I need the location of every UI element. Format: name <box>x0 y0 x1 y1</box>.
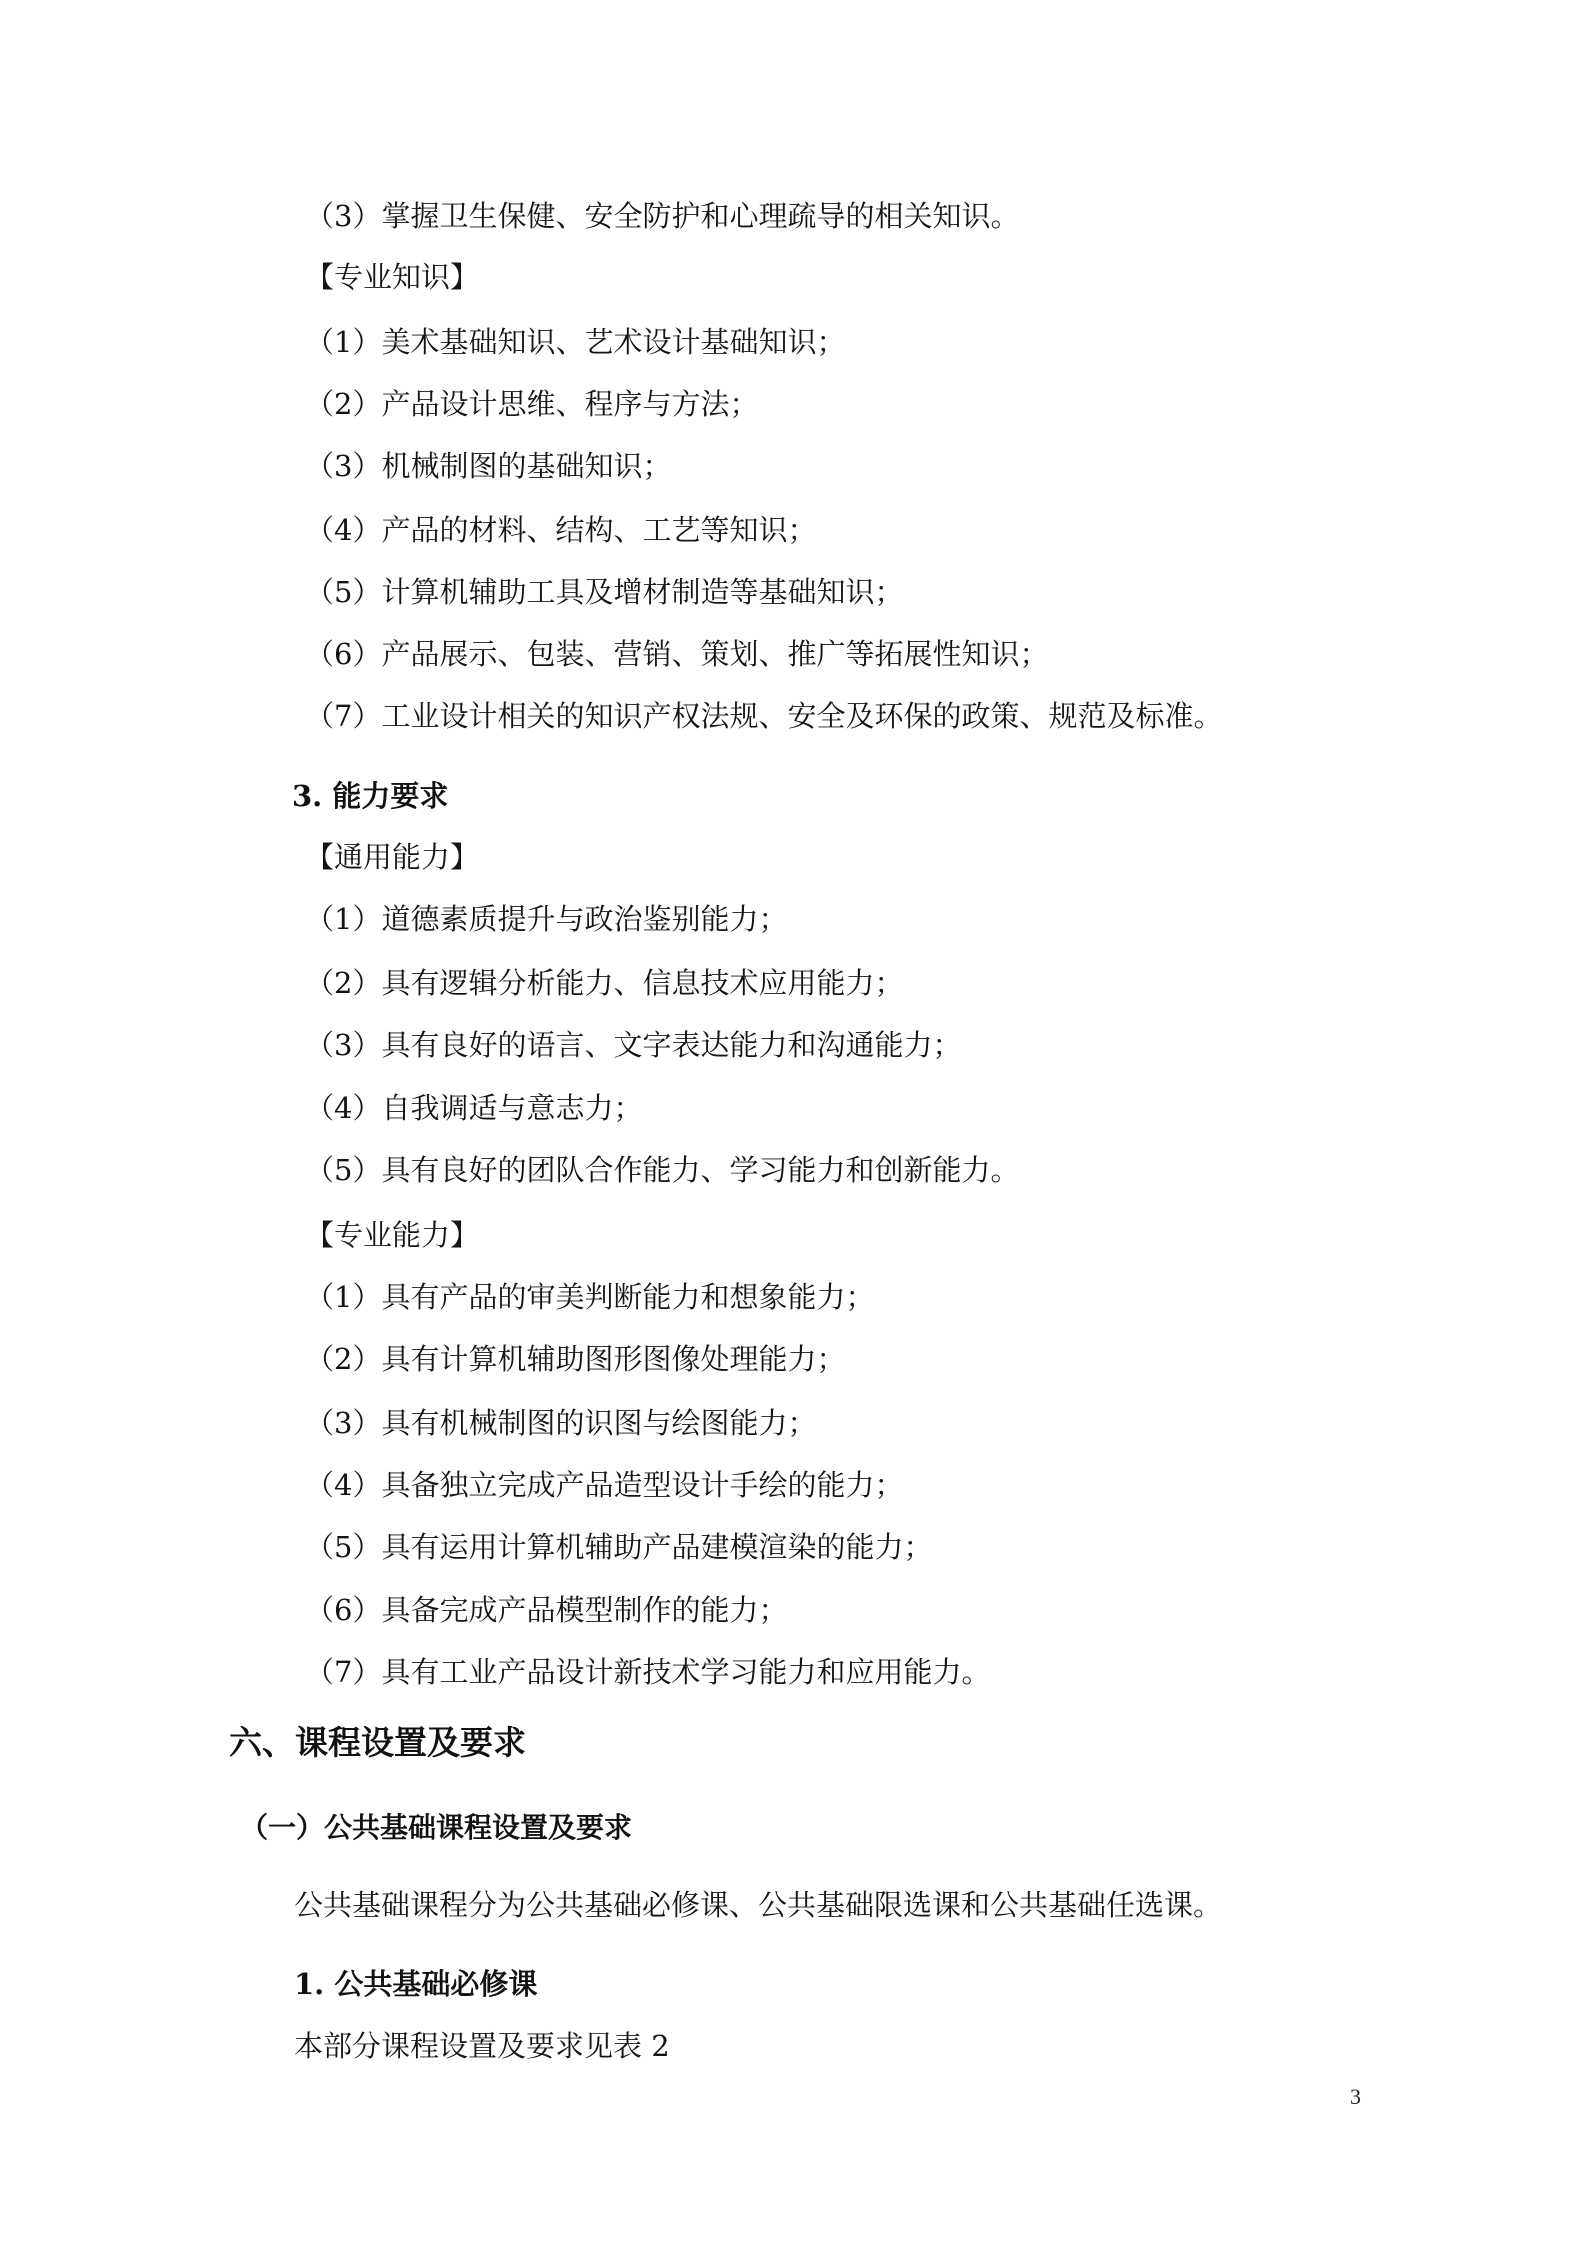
professional-ability-item: （2）具有计算机辅助图形图像处理能力； <box>305 1339 845 1379</box>
professional-ability-item: （1）具有产品的审美判断能力和想象能力； <box>305 1277 874 1317</box>
knowledge-item: （2）产品设计思维、程序与方法； <box>305 384 758 424</box>
item-heading: 1. 公共基础必修课 <box>294 1964 537 2004</box>
professional-ability-item: （5）具有运用计算机辅助产品建模渲染的能力； <box>305 1527 932 1567</box>
intro-paragraph: 公共基础课程分为公共基础必修课、公共基础限选课和公共基础任选课。 <box>294 1885 1222 1925</box>
professional-ability-heading: 【专业能力】 <box>305 1215 479 1255</box>
professional-ability-item: （6）具备完成产品模型制作的能力； <box>305 1590 787 1630</box>
health-knowledge-item: （3）掌握卫生保健、安全防护和心理疏导的相关知识。 <box>305 196 1019 236</box>
general-ability-item: （4）自我调适与意志力； <box>305 1088 642 1128</box>
professional-ability-item: （7）具有工业产品设计新技术学习能力和应用能力。 <box>305 1652 990 1692</box>
general-ability-item: （3）具有良好的语言、文字表达能力和沟通能力； <box>305 1025 961 1065</box>
table-reference-text: 本部分课程设置及要求见表 2 <box>294 2026 670 2066</box>
professional-knowledge-heading: 【专业知识】 <box>305 257 479 297</box>
general-ability-heading: 【通用能力】 <box>305 837 479 877</box>
knowledge-item: （7）工业设计相关的知识产权法规、安全及环保的政策、规范及标准。 <box>305 696 1222 736</box>
subsection-heading: （一）公共基础课程设置及要求 <box>240 1808 632 1848</box>
knowledge-item: （1）美术基础知识、艺术设计基础知识； <box>305 322 845 362</box>
page-number: 3 <box>1350 2083 1361 2111</box>
section-heading: 六、课程设置及要求 <box>229 1721 526 1765</box>
professional-ability-item: （3）具有机械制图的识图与绘图能力； <box>305 1403 816 1443</box>
knowledge-item: （3）机械制图的基础知识； <box>305 446 671 486</box>
general-ability-item: （1）道德素质提升与政治鉴别能力； <box>305 899 787 939</box>
general-ability-item: （5）具有良好的团队合作能力、学习能力和创新能力。 <box>305 1150 1019 1190</box>
general-ability-item: （2）具有逻辑分析能力、信息技术应用能力； <box>305 963 903 1003</box>
knowledge-item: （4）产品的材料、结构、工艺等知识； <box>305 510 816 550</box>
ability-requirements-heading: 3. 能力要求 <box>292 776 448 816</box>
document-page: （3）掌握卫生保健、安全防护和心理疏导的相关知识。 【专业知识】 （1）美术基础… <box>0 0 1587 2245</box>
knowledge-item: （6）产品展示、包装、营销、策划、推广等拓展性知识； <box>305 634 1048 674</box>
professional-ability-item: （4）具备独立完成产品造型设计手绘的能力； <box>305 1465 903 1505</box>
knowledge-item: （5）计算机辅助工具及增材制造等基础知识； <box>305 572 903 612</box>
